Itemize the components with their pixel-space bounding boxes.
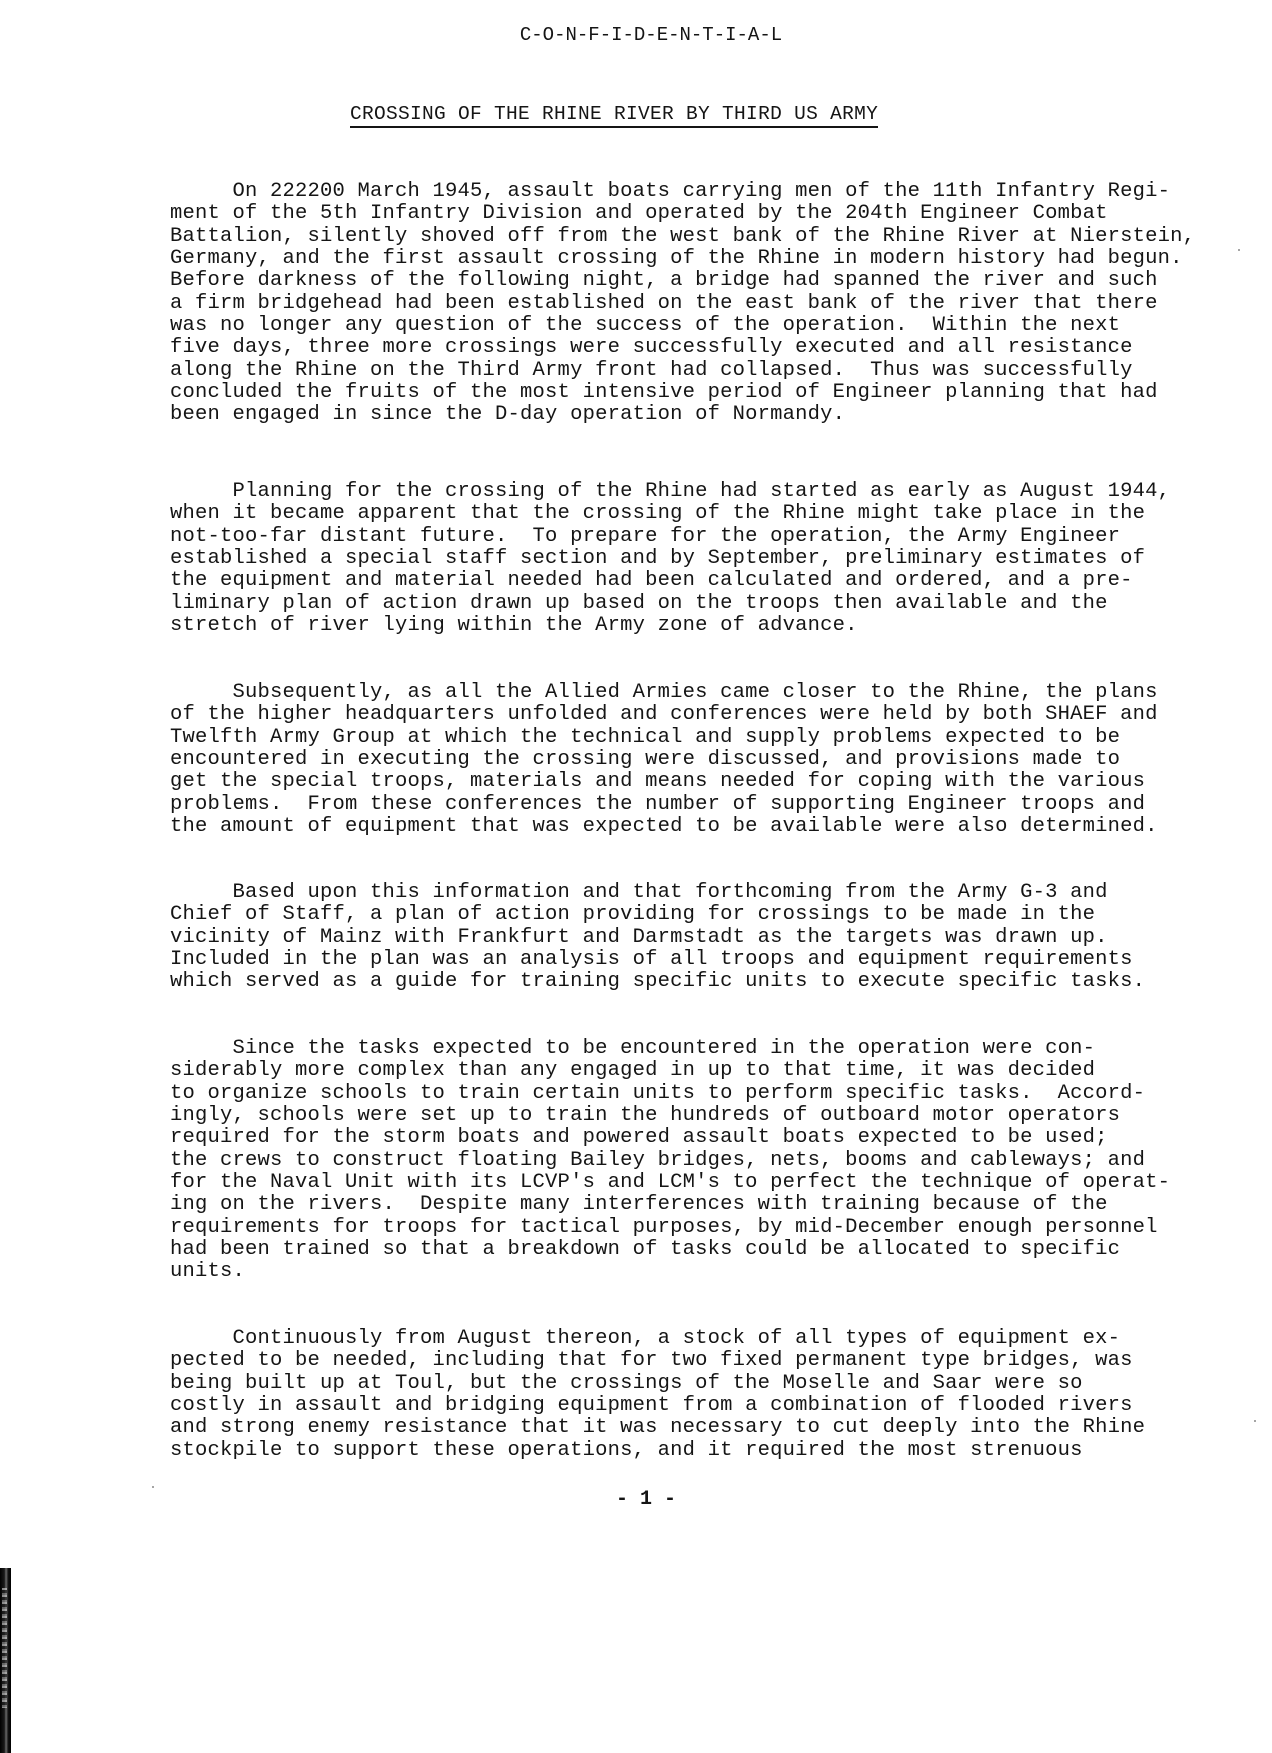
text-line: which served as a guide for training spe… (170, 971, 1145, 993)
text-line: was no longer any question of the succes… (170, 315, 1195, 337)
document-title: CROSSING OF THE RHINE RIVER BY THIRD US … (350, 103, 878, 128)
text-line: Before darkness of the following night, … (170, 270, 1195, 292)
text-line: pected to be needed, including that for … (170, 1350, 1145, 1372)
text-line: a firm bridgehead had been established o… (170, 293, 1195, 315)
text-line: the crews to construct floating Bailey b… (170, 1150, 1170, 1172)
text-line: liminary plan of action drawn up based o… (170, 593, 1170, 615)
text-line: to organize schools to train certain uni… (170, 1083, 1170, 1105)
text-line: Battalion, silently shoved off from the … (170, 226, 1195, 248)
text-line: ing on the rivers. Despite many interfer… (170, 1194, 1170, 1216)
scan-edge-artifact (0, 1568, 11, 1753)
text-line: Germany, and the first assault crossing … (170, 248, 1195, 270)
text-line: stretch of river lying within the Army z… (170, 615, 1170, 637)
text-line: not-too-far distant future. To prepare f… (170, 526, 1170, 548)
text-line: On 222200 March 1945, assault boats carr… (170, 181, 1195, 203)
text-line: problems. From these conferences the num… (170, 794, 1158, 816)
text-line: Subsequently, as all the Allied Armies c… (170, 682, 1158, 704)
text-line: ingly, schools were set up to train the … (170, 1105, 1170, 1127)
classification-header: C-O-N-F-I-D-E-N-T-I-A-L (0, 24, 1272, 46)
paragraph: On 222200 March 1945, assault boats carr… (170, 181, 1195, 427)
text-line: the amount of equipment that was expecte… (170, 816, 1158, 838)
text-line: Continuously from August thereon, a stoc… (170, 1328, 1145, 1350)
paragraph: Subsequently, as all the Allied Armies c… (170, 682, 1158, 838)
text-line: being built up at Toul, but the crossing… (170, 1373, 1145, 1395)
text-line: established a special staff section and … (170, 548, 1170, 570)
text-line: Twelfth Army Group at which the technica… (170, 727, 1158, 749)
text-line: when it became apparent that the crossin… (170, 503, 1170, 525)
text-line: vicinity of Mainz with Frankfurt and Dar… (170, 927, 1145, 949)
text-line: along the Rhine on the Third Army front … (170, 360, 1195, 382)
text-line: Planning for the crossing of the Rhine h… (170, 481, 1170, 503)
text-line: concluded the fruits of the most intensi… (170, 382, 1195, 404)
paragraph: Since the tasks expected to be encounter… (170, 1038, 1170, 1284)
text-line: units. (170, 1261, 1170, 1283)
text-line: ment of the 5th Infantry Division and op… (170, 203, 1195, 225)
text-line: of the higher headquarters unfolded and … (170, 704, 1158, 726)
text-line: Since the tasks expected to be encounter… (170, 1038, 1170, 1060)
text-line: requirements for troops for tactical pur… (170, 1217, 1170, 1239)
text-line: Included in the plan was an analysis of … (170, 949, 1145, 971)
text-line: required for the storm boats and powered… (170, 1127, 1170, 1149)
scan-speck (152, 1486, 154, 1488)
text-line: get the special troops, materials and me… (170, 771, 1158, 793)
text-line: costly in assault and bridging equipment… (170, 1395, 1145, 1417)
document-page: C-O-N-F-I-D-E-N-T-I-A-L CROSSING OF THE … (0, 0, 1272, 1753)
text-line: five days, three more crossings were suc… (170, 337, 1195, 359)
text-line: Chief of Staff, a plan of action providi… (170, 904, 1145, 926)
text-line: been engaged in since the D-day operatio… (170, 404, 1195, 426)
paragraph: Planning for the crossing of the Rhine h… (170, 481, 1170, 637)
text-line: stockpile to support these operations, a… (170, 1440, 1145, 1462)
text-line: for the Naval Unit with its LCVP's and L… (170, 1172, 1170, 1194)
text-line: siderably more complex than any engaged … (170, 1060, 1170, 1082)
paragraph: Continuously from August thereon, a stoc… (170, 1328, 1145, 1462)
text-line: and strong enemy resistance that it was … (170, 1417, 1145, 1439)
scan-speck (1254, 1420, 1256, 1422)
text-line: encountered in executing the crossing we… (170, 749, 1158, 771)
page-number: - 1 - (0, 1488, 1272, 1511)
text-line: the equipment and material needed had be… (170, 570, 1170, 592)
text-line: had been trained so that a breakdown of … (170, 1239, 1170, 1261)
text-line: Based upon this information and that for… (170, 882, 1145, 904)
paragraph: Based upon this information and that for… (170, 882, 1145, 994)
scan-speck (1238, 249, 1240, 251)
